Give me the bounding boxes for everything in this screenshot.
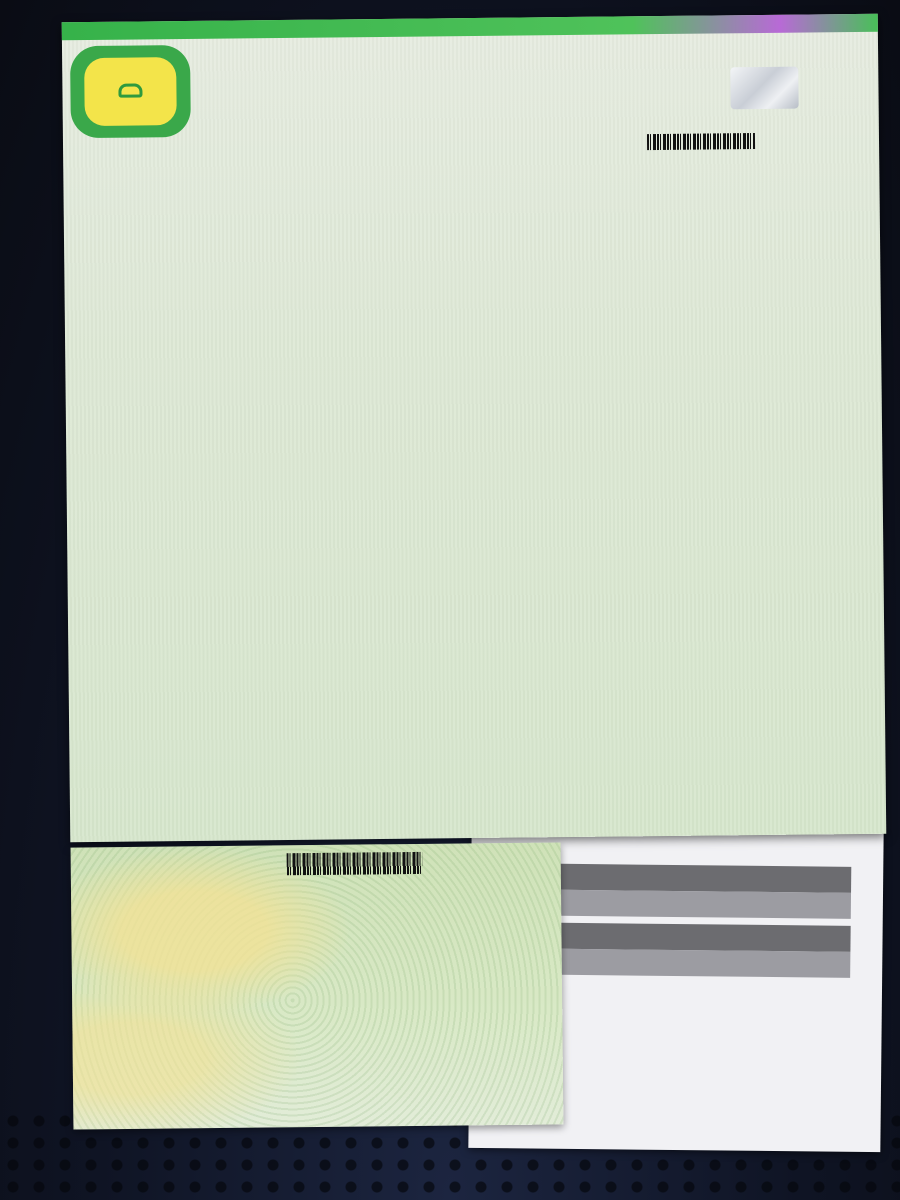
green-header-stripe [62,14,878,41]
serial-barcode [647,133,755,150]
nct-logo [70,45,191,138]
report-header-band [550,923,850,952]
nct-certificate [62,14,887,843]
report-location-field [551,890,851,919]
report-header-band [551,864,851,893]
report-type-field [550,949,850,978]
hologram-seal [730,67,798,110]
disc-barcode [287,852,423,875]
disc-code [429,858,449,875]
statement-ga [76,247,716,254]
car-icon [118,83,142,97]
statement-en [75,172,675,178]
nct-disc-panel [71,842,564,1129]
disc-notes [71,842,561,847]
